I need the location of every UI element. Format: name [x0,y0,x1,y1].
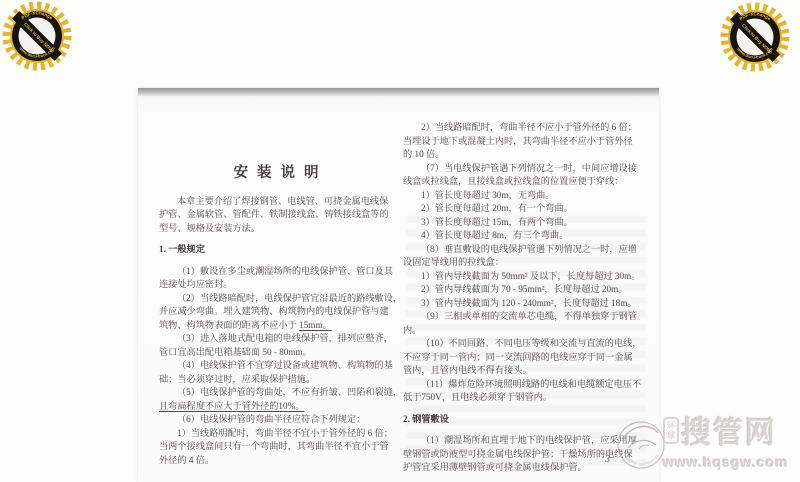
site-watermark-title: 搜管网 [681,408,777,452]
text-line: 4）管长度每超过 8m，有三个弯曲。 [403,229,645,243]
site-watermark-logo: 环球 搜管网 [663,408,800,452]
scan-viewport: 安装说明 本章主要介绍了焊接钢管、电线管、可挠金属电线保护管、金属软管、管配件、… [0,0,800,482]
text-line: 的 10 倍。 [403,148,645,162]
publisher-seal-icon: 环球搜管网 · www.hqsgw.com [611,415,671,475]
text-line: 当埋设于地下或混凝土内时，其弯曲半径不应小于管外径 [403,135,645,149]
text-line: 本章主要介绍了焊接钢管、电线管、可挠金属电线保 [159,195,393,209]
text-line: 外径的 4 倍。 [159,454,393,468]
text-line: 2）管长度每超过 20m，有一个弯曲。 [403,202,645,216]
left-column: 安装说明 本章主要介绍了焊接钢管、电线管、可挠金属电线保护管、金属软管、管配件、… [159,167,393,467]
text-line: （2）当线路暗配时，电线保护管宜沿最近的路线敷设， [159,292,393,306]
buy-now-stamp-left[interactable]: PDF-XChange Click to Buy NOW! www.docu-t… [1,0,73,72]
buy-now-stamp-right[interactable]: PDF-XChange Click to Buy NOW! www.docu-t… [719,1,791,73]
text-line: 3）管内导线截面为 120 - 240mm²，长度每超过 18m。 [403,297,645,311]
text-line: 不应穿于同一管内；同一交流回路的电线应穿于同一金属 [403,351,645,365]
text-line: 筑物、构筑物表面的距离不应小于 15mm。 [159,319,393,333]
left-column-lines: 本章主要介绍了焊接钢管、电线管、可挠金属电线保护管、金属软管、管配件、铁制接线盒… [159,195,393,468]
text-line: （11）爆炸危险环境照明线路的电线和电缆额定电压不 [403,378,645,392]
text-line: 且弯扁程度不应大于管外径的10%。 [159,400,393,414]
text-line: 设固定导线用的拉线盒： [403,256,645,270]
text-line: （3）进入落地式配电箱的电线保护管，排列应整齐， [159,332,393,346]
text-line: （5）电线保护管的弯曲处，不应有折皱、凹陷和裂缝， [159,386,393,400]
text-line: 当两个接线盒间只有一个弯曲时，其弯曲半径不宜小于管 [159,440,393,454]
text-line: （9）三相或单相的交流单芯电缆，不得单独穿于钢管 [403,310,645,324]
document-page: 安装说明 本章主要介绍了焊接钢管、电线管、可挠金属电线保护管、金属软管、管配件、… [138,88,659,482]
text-line: 1）当线路明配时，弯曲半径不宜小于管外径的 6 倍； [159,427,393,441]
text-line: 1）管内导线截面为 50mm² 及以下，长度每超过 30m。 [403,270,645,284]
text-line: （1）敷设在多尘或潮湿场所的电线保护管、管口及其 [159,265,393,279]
text-line: 型号、规格及安装方法。 [159,222,393,236]
right-column: 2）当线路暗配时，弯曲半径不应小于管外径的 6 倍；当埋设于地下或混凝土内时，其… [403,121,645,475]
text-line: 1）管长度每超过 30m，无弯曲。 [403,189,645,203]
text-line: 低于750V，且电线必须穿于钢管内。 [403,391,645,405]
text-line: 管口宜高出配电箱基础面 50 - 80mm。 [159,346,393,360]
text-line: 管内，且管内电线不得有接头。 [403,364,645,378]
text-line: （10）不同回路、不同电压等级和交流与直流的电线， [403,337,645,351]
site-watermark-badge: 环球 [663,417,679,444]
text-line: （1）潮湿场所和直埋于地下的电线保护管，应采用厚 [403,434,645,448]
text-line: （7）当电线保护管遇下列情况之一时，中间应增设接 [403,162,645,176]
page-title: 安装说明 [159,167,393,181]
page-top-shadow [138,88,659,96]
text-line: 连接处均应密封。 [159,278,393,292]
text-line: 1. 一般规定 [159,243,393,257]
text-line: 线盒或拉线盒，且接线盒或拉线盒的位置应便于穿线： [403,175,645,189]
text-line: 3）管长度每超过 15m，有两个弯曲。 [403,216,645,230]
right-column-lines: 2）当线路暗配时，弯曲半径不应小于管外径的 6 倍；当埋设于地下或混凝土内时，其… [403,121,645,475]
text-line: 并应减少弯曲。埋入建筑物、构筑物内的电线保护管与建 [159,305,393,319]
text-line: 础；当必须穿过时，应采取保护措施。 [159,373,393,387]
text-line: 2. 钢管敷设 [403,413,645,427]
site-watermark: 环球 搜管网 www.hqsgw.com [663,408,800,470]
text-line: 2）当线路暗配时，弯曲半径不应小于管外径的 6 倍； [403,121,645,135]
site-watermark-url: www.hqsgw.com [663,454,800,470]
text-line: （8）垂直敷设的电线保护管遇下列情况之一时，应增 [403,243,645,257]
text-line: 2）管内导线截面为 70 - 95mm²，长度每超过 20m。 [403,283,645,297]
text-line: 内。 [403,324,645,338]
page-number: 3 [605,454,610,465]
text-line: （4）电线保护管不宜穿过设备或建筑物、构筑物的基 [159,359,393,373]
text-line: 护管、金属软管、管配件、铁制接线盒、铸铁接线盒等的 [159,208,393,222]
text-line: （6）电线保护管的弯曲半径应符合下列规定： [159,413,393,427]
